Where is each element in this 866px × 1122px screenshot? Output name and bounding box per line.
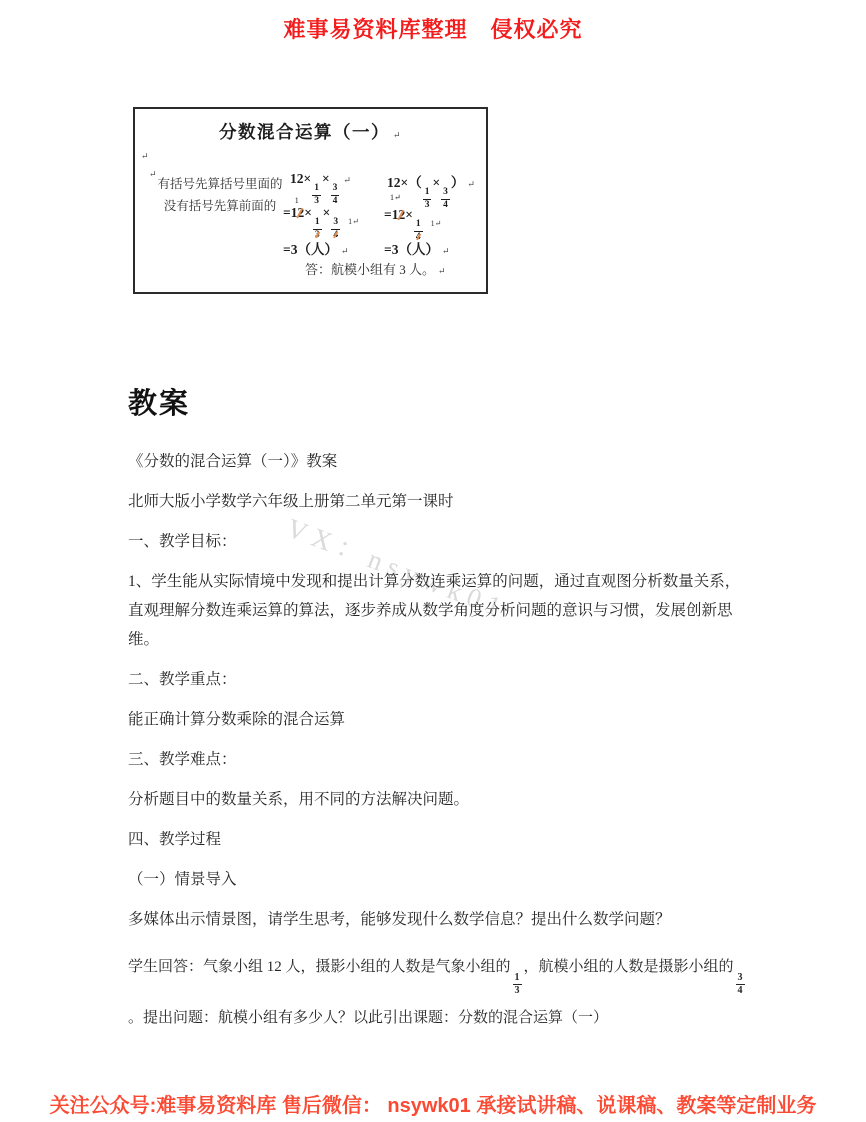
equation-col1-result: =3（人）↵ [283,238,349,258]
worksheet-title: 分数混合运算（一）↵ [135,119,486,144]
fraction-numerator: 3 [331,184,340,196]
carry-one-small: 1↵ [348,217,359,226]
num-12: 12 [387,175,401,190]
paragraph-student-answer: 学生回答：气象小组 12 人，摄影小组的人数是气象小组的13，航模小组的人数是摄… [128,945,752,1041]
subsection-intro-heading: （一）情景导入 [128,865,752,894]
fraction-1-3: 13 [312,184,321,206]
page-title: 教案 [128,381,752,422]
equation-col1-line1: 12×13×34↵ [290,171,351,206]
return-mark-icon: ↵ [141,151,149,162]
student-answer-part2: ，航模小组的人数是摄影小组的 [524,959,734,975]
times-sign: × [304,171,312,186]
num-12: 12 [290,171,304,186]
hint-line-1: 有括号先算括号里面的 [149,173,291,195]
times-sign: × [432,175,440,190]
fraction-numerator: 1 [414,220,423,232]
fraction-3-4: 34 [441,188,450,210]
fraction-denominator: 4 [443,200,448,211]
left-paren: （ [408,175,422,190]
return-mark-icon: ↵ [442,246,450,256]
times-sign: × [322,171,330,186]
document-page: { "colors": { "header_red": "#f31b1b", "… [0,0,866,1122]
fraction-numerator: 1 [513,973,522,985]
times-sign: × [405,207,413,222]
lesson-plan-document: 教案 《分数的混合运算（一）》教案 北师大版小学数学六年级上册第二单元第一课时 … [128,381,752,1052]
student-answer-part1: 学生回答：气象小组 12 人，摄影小组的人数是气象小组的 [128,959,511,975]
fraction-3-4-cancelled: 34 [331,218,340,240]
num-12-cancelled: 12 [392,207,406,223]
paragraph-edition: 北师大版小学数学六年级上册第二单元第一课时 [128,487,752,516]
paragraph-goal-body: 1、学生能从实际情境中发现和提出计算分数连乘运算的问题，通过直观图分析数量关系，… [128,567,752,654]
fraction-1-3: 13 [513,973,522,996]
return-mark-icon: ↵ [343,175,351,185]
carry-one: 1 [295,196,299,205]
hint-line-2: 没有括号先算前面的 [149,195,291,217]
equals-sign: = [384,207,392,222]
return-mark-icon: ↵ [352,217,359,226]
return-mark-icon: ↵ [394,193,401,202]
fraction-3-4: 34 [331,184,340,206]
fraction-numerator: 1 [312,184,321,196]
fraction-1-3-cancelled: 13 [313,218,322,240]
paragraph-key-body: 能正确计算分数乘除的混合运算 [128,705,752,734]
equation-col2-line1: 12×（13×34）↵ [387,171,475,210]
fraction-numerator: 3 [331,218,340,230]
fraction-3-4: 34 [736,973,745,996]
cancelled-12: 112 [291,205,305,221]
worksheet-answer: 答：航模小组有 3 人。↵ [305,259,446,278]
return-mark-icon: ↵ [467,179,475,189]
fraction-numerator: 3 [441,188,450,200]
equals-sign: = [283,205,291,220]
num-12-cancelled: 12 [291,205,305,221]
section-process-heading: 四、教学过程 [128,825,752,854]
times-sign: × [304,205,312,220]
return-mark-icon: ↵ [438,266,446,276]
times-sign: × [323,205,331,220]
top-banner: 难事易资料库整理 侵权必究 [0,13,866,44]
section-key-heading: 二、教学重点： [128,665,752,694]
equation-col2-line2: =12×141↵ [384,207,441,242]
fraction-denominator: 3 [515,985,520,996]
fraction-numerator: 1 [313,218,322,230]
worksheet-title-text: 分数混合运算（一） [219,122,390,142]
return-mark-icon: ↵ [393,130,402,140]
return-mark-icon: ↵ [341,246,349,256]
fraction-denominator: 4 [738,985,743,996]
section-difficulty-heading: 三、教学难点： [128,745,752,774]
paragraph-multimedia: 多媒体出示情景图，请学生思考，能够发现什么数学信息？提出什么数学问题？ [128,905,752,934]
student-answer-part3: 。提出问题：航模小组有多少人？以此引出课题：分数的混合运算（一） [128,1010,608,1026]
return-mark-icon: ↵ [435,219,442,228]
equation-col2-carry: 1↵ [390,193,401,202]
carry-one-small: 1↵ [431,219,442,228]
bottom-banner: 关注公众号:难事易资料库 售后微信： nsywk01 承接试讲稿、说课稿、教案等… [0,1089,866,1118]
fraction-numerator: 1 [423,188,432,200]
paragraph-title: 《分数的混合运算（一）》教案 [128,447,752,476]
result-3-people: =3（人） [384,242,439,257]
equation-col2-result: =3（人）↵ [384,238,450,258]
equation-col1-line2: =112×13×341↵ [283,205,359,240]
paragraph-difficulty-body: 分析题目中的数量关系，用不同的方法解决问题。 [128,785,752,814]
answer-text: 答：航模小组有 3 人。 [305,262,435,277]
worksheet-hint: 有括号先算括号里面的 没有括号先算前面的 [149,173,291,217]
fraction-numerator: 3 [736,973,745,985]
section-goal-heading: 一、教学目标： [128,527,752,556]
right-paren: ） [451,175,465,190]
result-3-people: =3（人） [283,242,338,257]
worksheet-image-box: 分数混合运算（一）↵ ↵ ↵ 有括号先算括号里面的 没有括号先算前面的 12×1… [133,107,488,294]
